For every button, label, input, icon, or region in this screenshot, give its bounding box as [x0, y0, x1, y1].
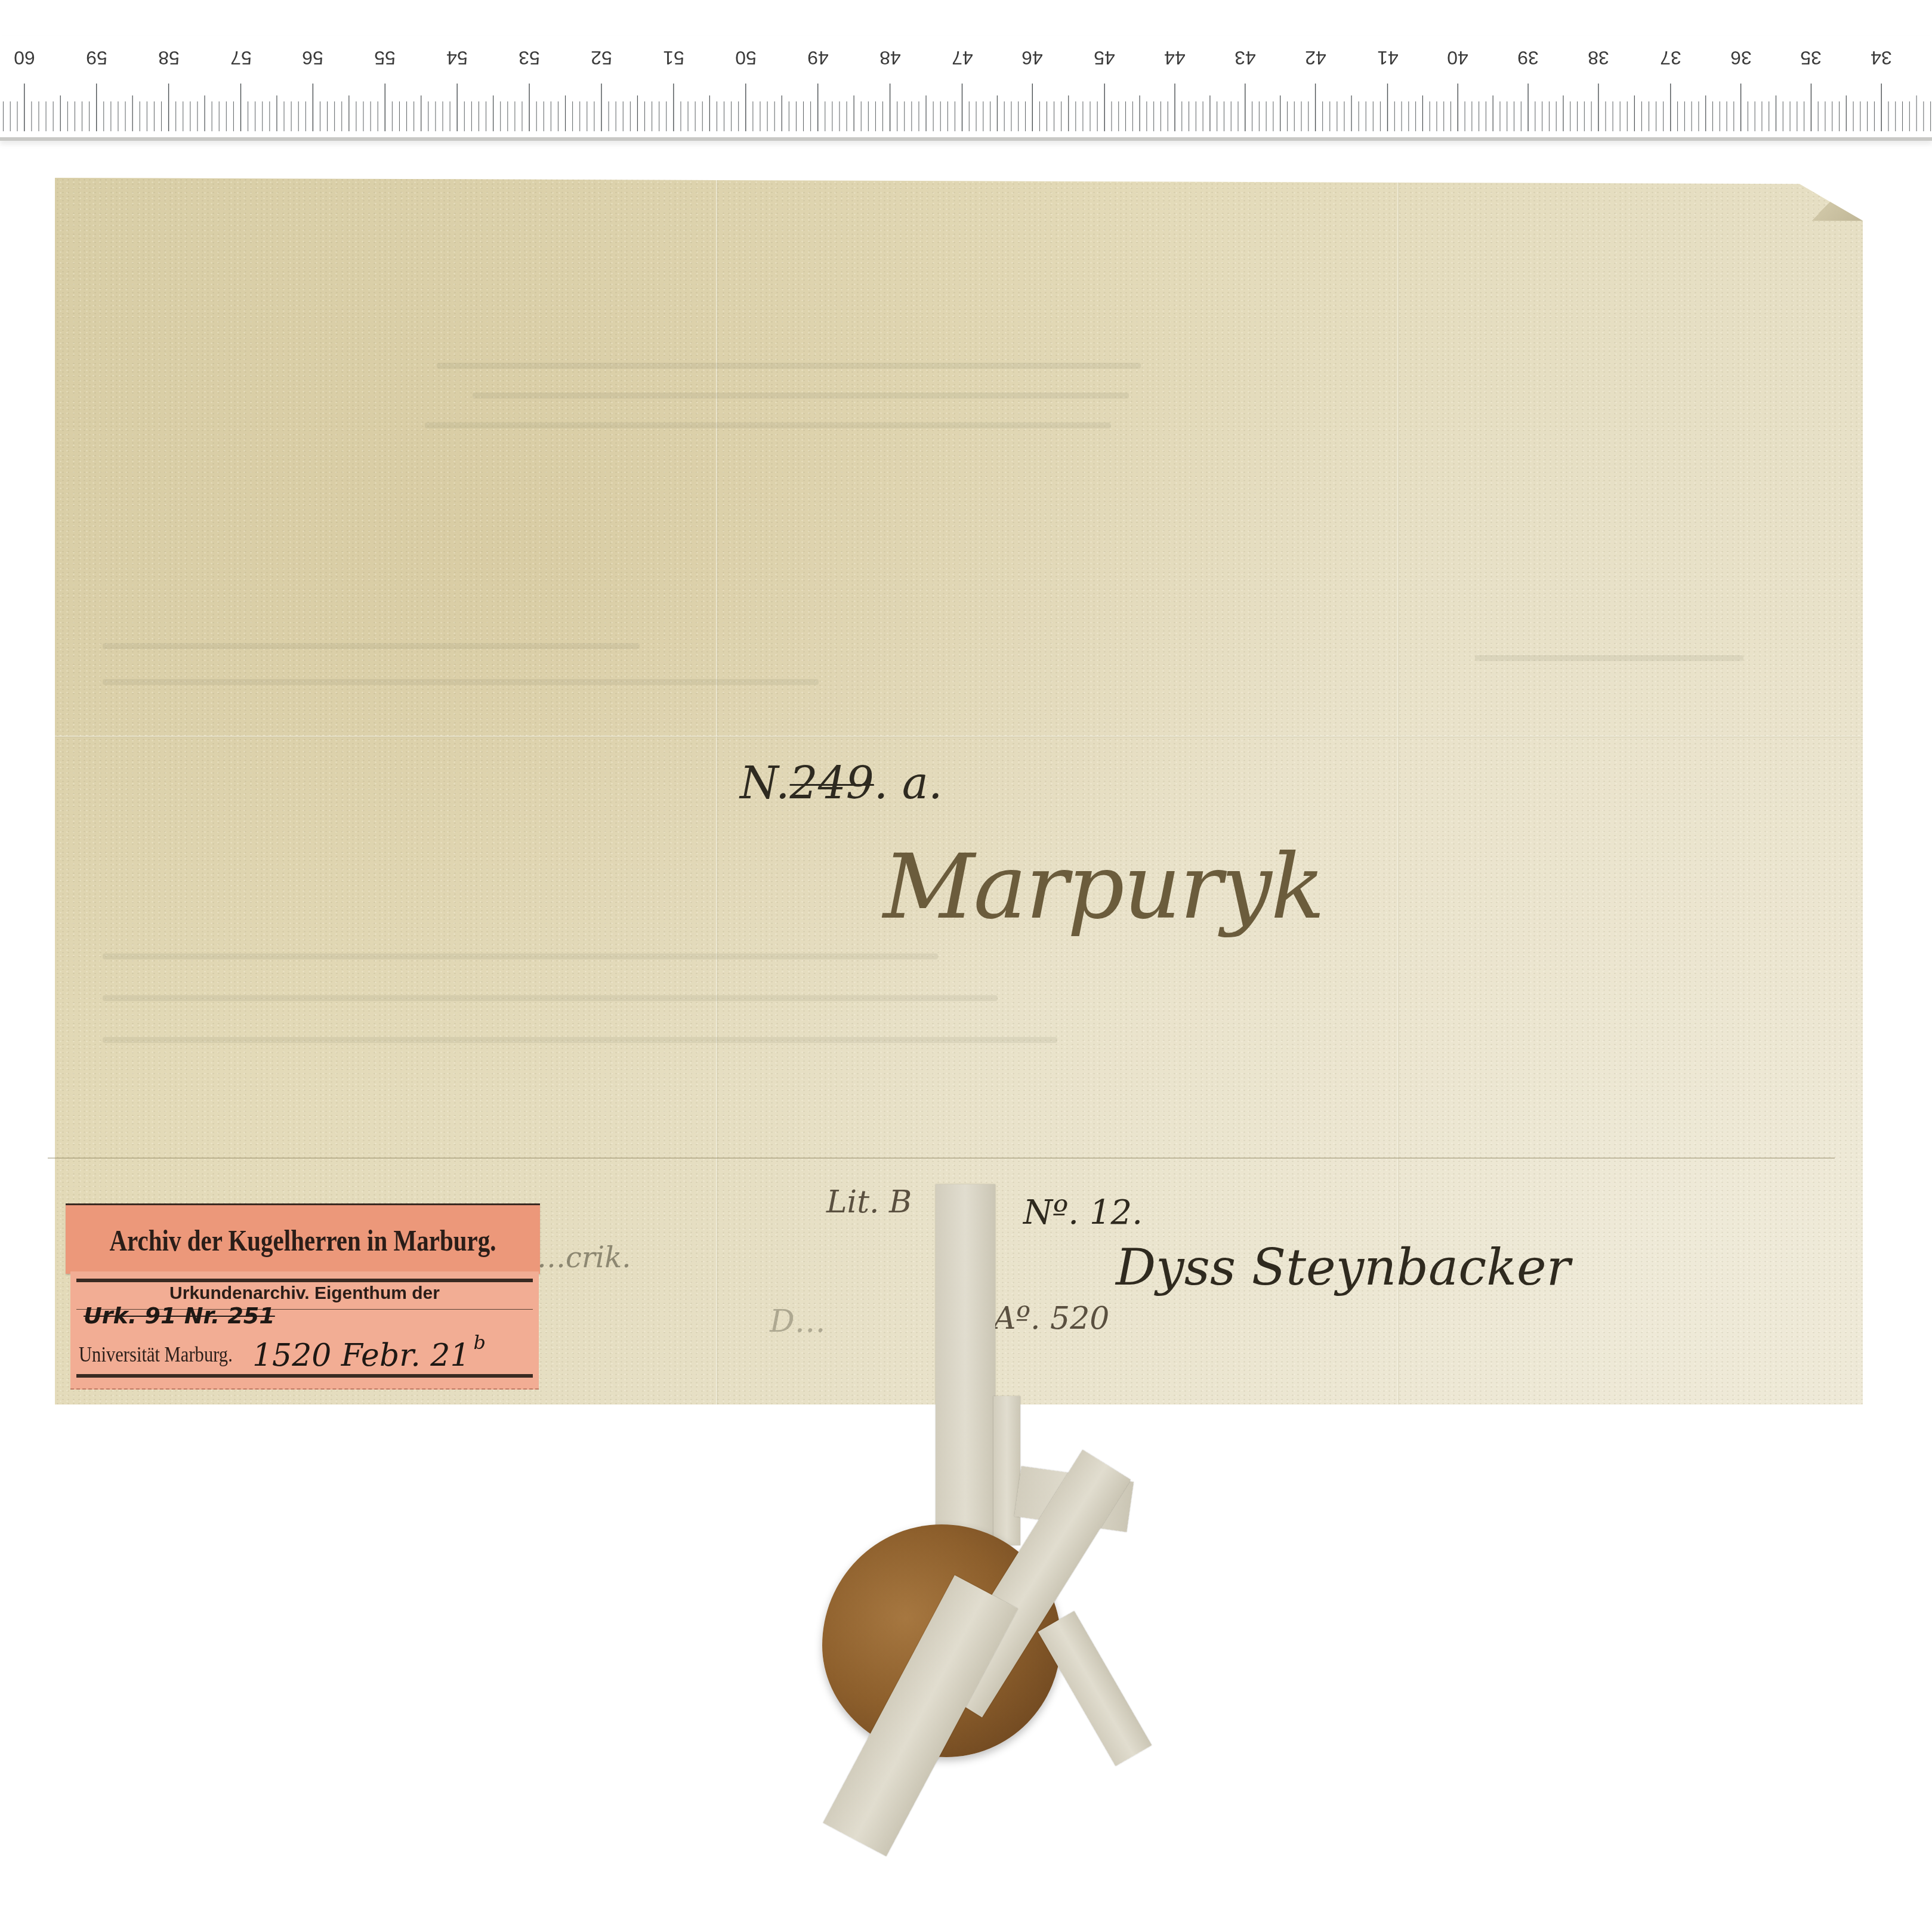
ruler-number: 60: [10, 47, 39, 69]
show-through-text-line: [103, 643, 640, 649]
show-through-text-line: [1475, 655, 1743, 661]
show-through-text-line: [103, 1037, 1057, 1043]
show-through-text-line: [437, 363, 1141, 369]
ruler-number: 41: [1373, 47, 1403, 69]
signer-annotation: Dyss Steynbacker: [1116, 1238, 1570, 1297]
label-rule: [76, 1279, 533, 1282]
number-annotation: Nº. 12.: [1023, 1193, 1143, 1232]
archive-label-shelfmark: Urk. 91 Nr. 251: [84, 1302, 275, 1329]
ruler-number: 37: [1656, 47, 1686, 69]
archive-label-title: Archiv der Kugelherren in Marburg.: [109, 1223, 498, 1258]
faint-annotation: …crik.: [537, 1241, 631, 1274]
vertical-fold-line: [716, 178, 718, 1404]
ruler-number: 34: [1866, 47, 1896, 69]
ruler-number: 36: [1726, 47, 1756, 69]
archive-number-annotation: N.249. a.: [740, 758, 942, 809]
archive-number-suffix: . a.: [874, 758, 943, 809]
label-rule: [76, 1374, 533, 1378]
ruler-number: 56: [298, 47, 328, 69]
archive-number-prefix: N.: [740, 758, 790, 809]
show-through-text-line: [103, 953, 938, 959]
ruler-number: 48: [875, 47, 905, 69]
lit-b-annotation: Lit. B: [826, 1184, 912, 1220]
archive-label-body: Urkundenarchiv. Eigenthum der Urk. 91 Nr…: [70, 1271, 539, 1390]
archive-label-header: Archiv der Kugelherren in Marburg.: [66, 1203, 540, 1274]
archive-label-date-suffix: b: [474, 1331, 486, 1354]
ruler-number: 44: [1160, 47, 1190, 69]
ruler-number: 57: [226, 47, 256, 69]
show-through-text-line: [103, 679, 819, 685]
archive-label: Archiv der Kugelherren in Marburg. Urkun…: [66, 1203, 543, 1388]
ruler-number: 42: [1301, 47, 1331, 69]
ruler-number: 54: [442, 47, 472, 69]
seal-strap: [936, 1184, 995, 1548]
measuring-ruler: 6059585756555453525150494847464544434241…: [0, 36, 1932, 141]
archive-label-subtitle: Urkundenarchiv. Eigenthum der: [70, 1283, 539, 1304]
ruler-number: 50: [731, 47, 761, 69]
ruler-number: 53: [514, 47, 544, 69]
horizontal-fold-line: [55, 736, 1863, 737]
ruler-number: 55: [370, 47, 400, 69]
ruler-number: 51: [659, 47, 689, 69]
ruler-number: 40: [1443, 47, 1473, 69]
ruler-number: 58: [154, 47, 184, 69]
archive-number-struck: 249: [790, 758, 874, 809]
archive-label-date-value: 1520 Febr. 21: [252, 1338, 470, 1373]
ruler-number: 45: [1090, 47, 1119, 69]
ruler-number: 43: [1230, 47, 1260, 69]
faint-annotation: D…: [770, 1304, 826, 1339]
folded-corner: [1803, 178, 1863, 221]
ruler-number: 46: [1017, 47, 1047, 69]
ruler-number: 38: [1584, 47, 1613, 69]
show-through-text-line: [473, 393, 1129, 399]
ruler-number: 52: [587, 47, 616, 69]
seal-strap: [993, 1396, 1020, 1545]
ruler-number: 59: [82, 47, 112, 69]
show-through-text-line: [103, 995, 998, 1001]
ruler-number: 47: [948, 47, 977, 69]
seal-strap: [1038, 1611, 1152, 1766]
ruler-number: 35: [1796, 47, 1826, 69]
vertical-fold-line: [1397, 178, 1399, 1404]
ruler-number: 49: [803, 47, 833, 69]
year-annotation: Aº. 520: [993, 1301, 1109, 1336]
archive-label-owner: Universität Marburg.: [79, 1342, 233, 1367]
ruler-number: 39: [1513, 47, 1543, 69]
show-through-text-line: [425, 422, 1111, 428]
archive-label-date: 1520 Febr. 21b: [252, 1331, 486, 1373]
place-name-annotation: Marpuryk: [883, 835, 1324, 939]
